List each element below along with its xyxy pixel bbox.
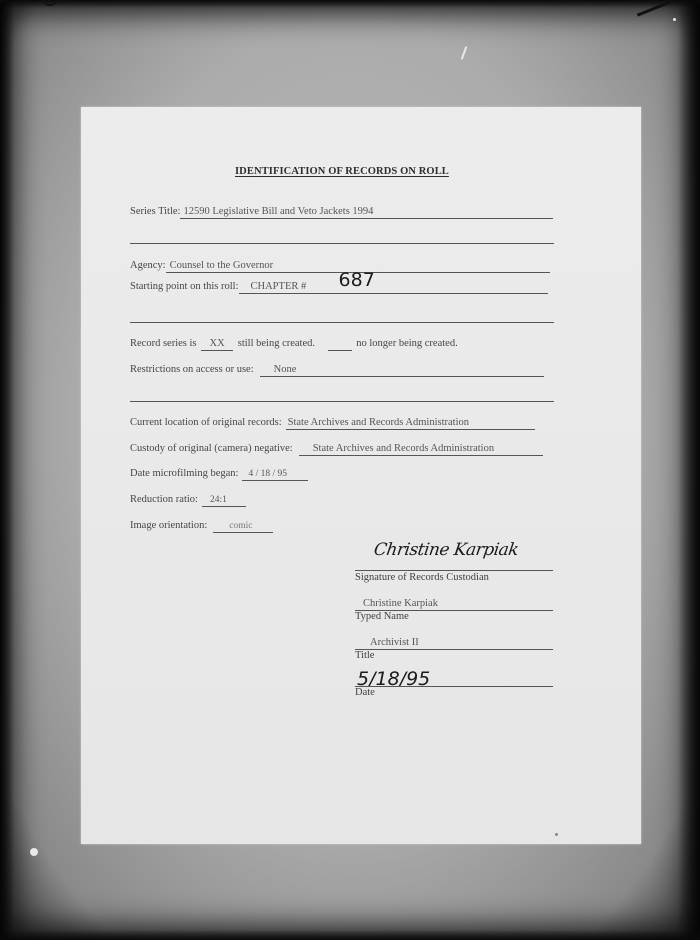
dust-speck: [673, 18, 676, 21]
agency-label: Agency:: [130, 260, 166, 271]
dust-speck: [30, 848, 38, 856]
date-began-row: Date microfilming began:4 / 18 / 95: [130, 468, 308, 481]
typed-name-caption: Typed Name: [355, 611, 409, 622]
restrictions-row: Restrictions on access or use:None: [130, 364, 544, 377]
current-location-label: Current location of original records:: [130, 417, 282, 428]
custody-row: Custody of original (camera) negative:St…: [130, 443, 543, 456]
starting-point-field: CHAPTER #687: [239, 281, 548, 294]
title-line: [355, 649, 553, 650]
microfilm-frame: IDENTIFICATION OF RECORDS ON ROLL Series…: [0, 0, 700, 940]
starting-point-label: Starting point on this roll:: [130, 281, 239, 292]
series-title-label: Series Title:: [130, 206, 180, 217]
record-series-row: Record series is XX still being created.…: [130, 338, 458, 351]
custody-value: State Archives and Records Administratio…: [299, 443, 543, 456]
record-series-prefix: Record series is: [130, 338, 196, 349]
date-began-label: Date microfilming began:: [130, 468, 238, 479]
current-location-row: Current location of original records:Sta…: [130, 417, 535, 430]
reduction-ratio-label: Reduction ratio:: [130, 494, 198, 505]
no-longer-being-created-label: no longer being created.: [356, 338, 457, 349]
film-edge-top: [0, 0, 700, 8]
image-orientation-label: Image orientation:: [130, 520, 207, 531]
starting-point-row: Starting point on this roll:CHAPTER #687: [130, 281, 548, 294]
blank-line: [130, 243, 554, 244]
series-title-row: Series Title:12590 Legislative Bill and …: [130, 206, 553, 219]
starting-point-value: CHAPTER #: [251, 281, 307, 292]
reduction-ratio-row: Reduction ratio:24:1: [130, 494, 246, 507]
reduction-ratio-value: 24:1: [202, 494, 246, 507]
dust-speck: [555, 833, 558, 836]
current-location-value: State Archives and Records Administratio…: [286, 417, 535, 430]
custody-label: Custody of original (camera) negative:: [130, 443, 293, 454]
date-line: [355, 686, 553, 687]
signature-caption: Signature of Records Custodian: [355, 572, 489, 583]
restrictions-value: None: [260, 364, 544, 377]
image-orientation-value: comic: [213, 520, 273, 533]
title-value: Archivist II: [370, 637, 419, 648]
typed-name-value: Christine Karpiak: [363, 598, 438, 609]
film-edge-bottom: [0, 930, 700, 940]
blank-line: [130, 401, 554, 402]
series-title-value: 12590 Legislative Bill and Veto Jackets …: [180, 206, 553, 219]
still-being-created-label: still being created.: [238, 338, 315, 349]
date-caption: Date: [355, 687, 375, 698]
film-edge-left: [0, 0, 14, 940]
still-being-created-mark: XX: [201, 338, 233, 351]
film-scratch: [461, 46, 468, 60]
no-longer-being-created-mark: [328, 338, 352, 351]
title-caption: Title: [355, 650, 374, 661]
film-edge-right: [678, 0, 700, 940]
document-title: IDENTIFICATION OF RECORDS ON ROLL: [235, 166, 449, 177]
image-orientation-row: Image orientation:comic: [130, 520, 273, 533]
signature-line: [355, 570, 553, 571]
document-page: IDENTIFICATION OF RECORDS ON ROLL Series…: [81, 107, 641, 844]
chapter-number-handwritten: 687: [339, 274, 375, 286]
restrictions-label: Restrictions on access or use:: [130, 364, 254, 375]
date-began-value: 4 / 18 / 95: [242, 468, 308, 481]
custodian-signature: Christine Karpiak: [373, 540, 520, 560]
blank-line: [130, 322, 554, 323]
